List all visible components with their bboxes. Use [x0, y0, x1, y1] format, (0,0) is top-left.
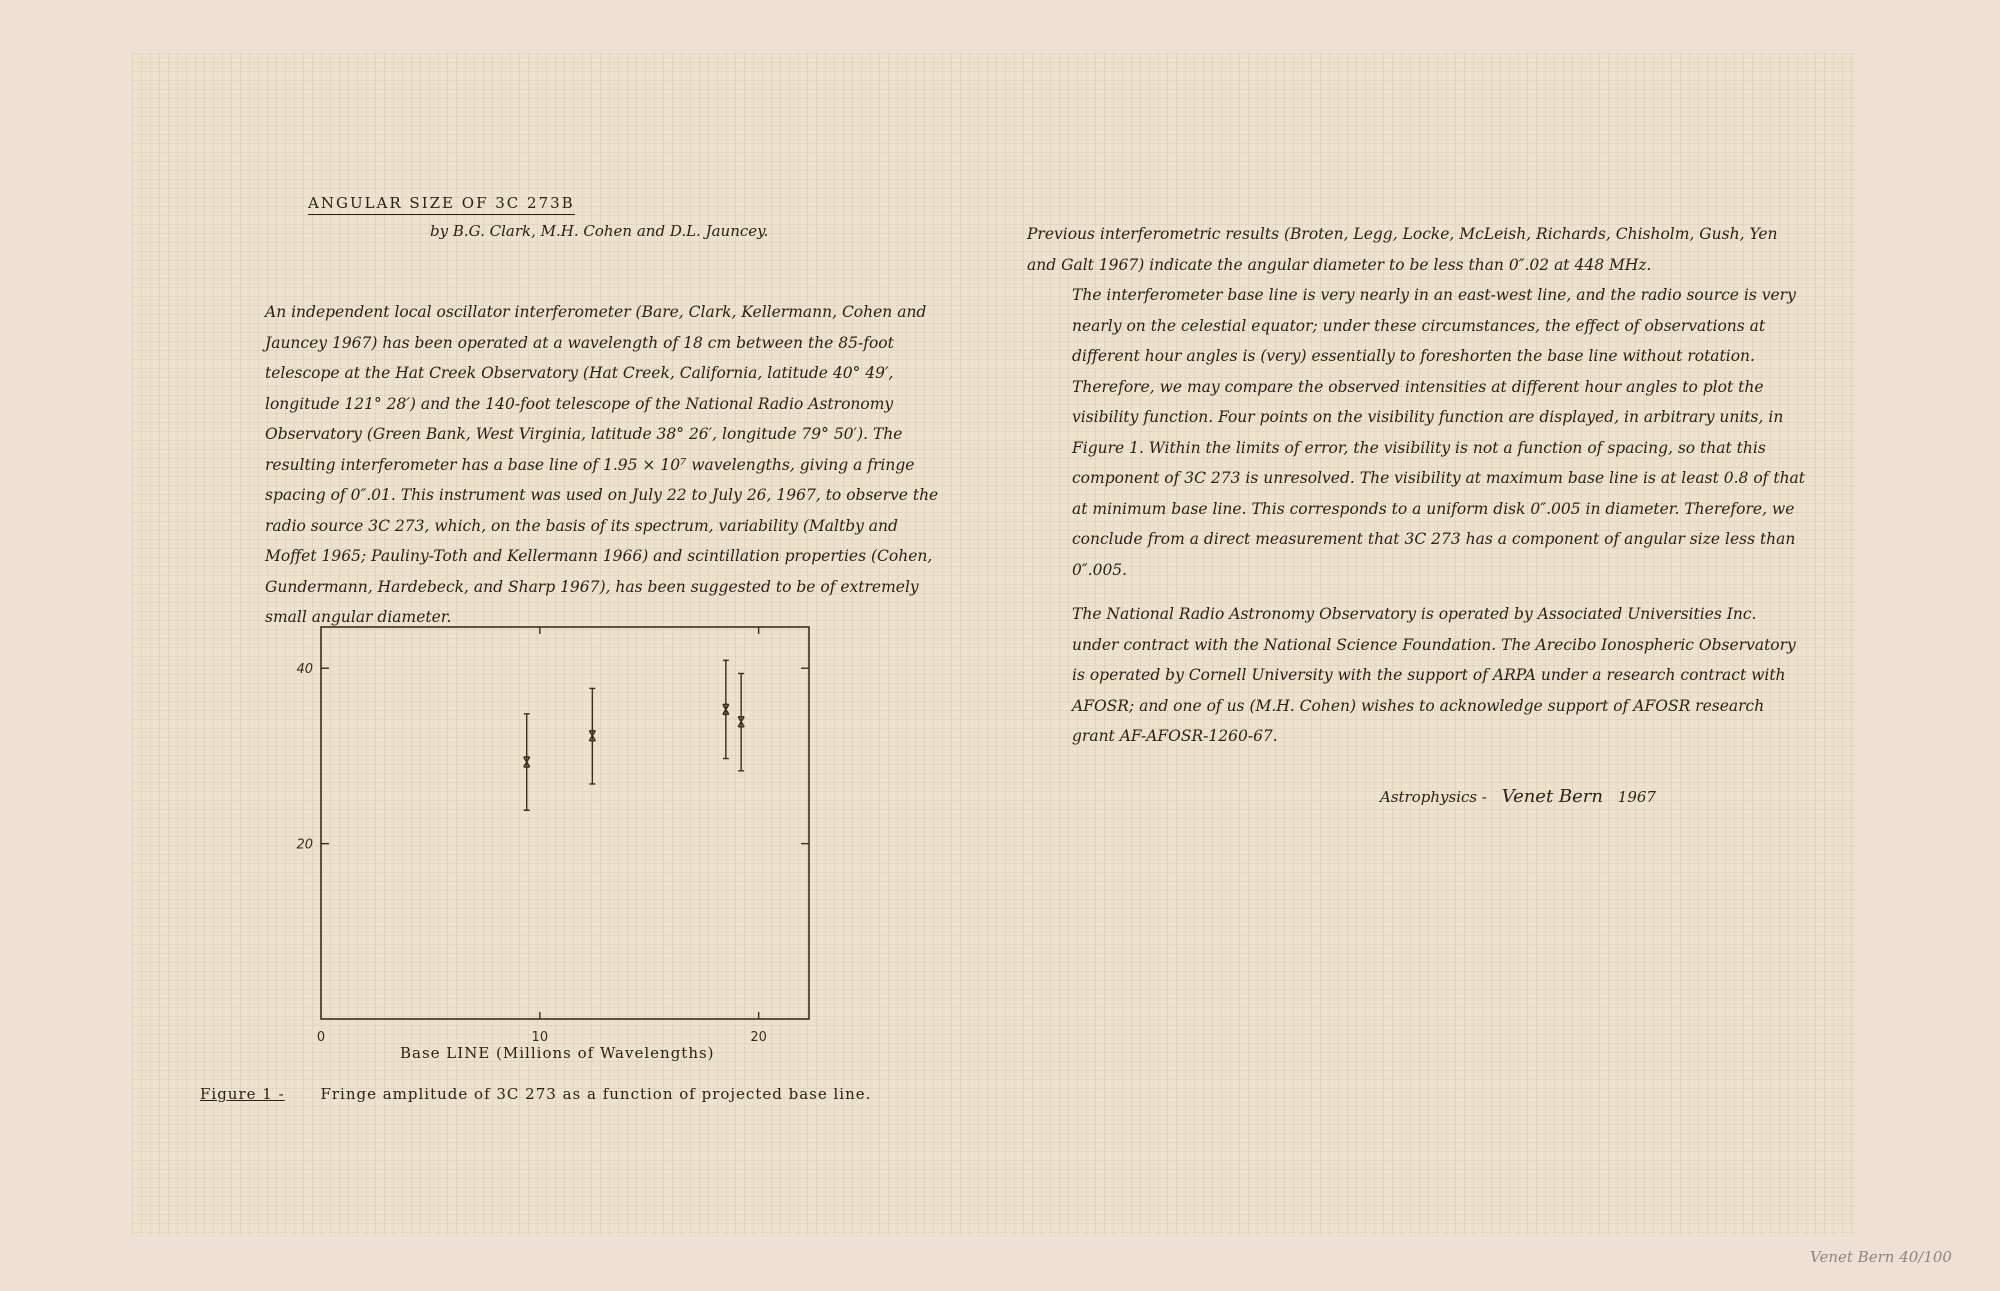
y-tick-label: 40 [296, 662, 313, 677]
x-axis-label: Base LINE (Millions of Wavelengths) [400, 1044, 715, 1062]
chart-plot: 010202040 [280, 615, 840, 1085]
paper-authors: by B.G. Clark, M.H. Cohen and D.L. Jaunc… [430, 222, 768, 240]
edition-number: 40/100 [1899, 1248, 1952, 1266]
paragraph-text: The National Radio Astronomy Observatory… [1027, 599, 1807, 752]
journal-name: Astrophysics - [1380, 788, 1487, 806]
signature-year: 1967 [1618, 788, 1656, 806]
x-tick-label: 20 [750, 1030, 767, 1045]
plot-frame [321, 627, 809, 1019]
pencil-signature: Venet Bern [1810, 1248, 1894, 1266]
figure-label: Figure 1 - [200, 1085, 285, 1103]
x-tick-label: 10 [532, 1030, 549, 1045]
figure-caption: Figure 1 - Fringe amplitude of 3C 273 as… [200, 1085, 871, 1103]
figure-caption-text: Fringe amplitude of 3C 273 as a function… [320, 1085, 871, 1103]
paper-title: ANGULAR SIZE OF 3C 273B [308, 194, 575, 215]
body-paragraph-left: An independent local oscillator interfer… [220, 297, 950, 633]
artist-signature: Venet Bern [1502, 786, 1603, 807]
figure-1-chart: 010202040 [280, 615, 840, 1085]
y-tick-label: 20 [296, 838, 313, 853]
paragraph-text: Previous interferometric results (Broten… [1027, 219, 1807, 280]
signature-line: Astrophysics - Venet Bern 1967 [1380, 786, 1656, 807]
paragraph-text: The interferometer base line is very nea… [1027, 280, 1807, 585]
body-paragraph-right-1: Previous interferometric results (Broten… [1027, 219, 1807, 585]
paragraph-text: An independent local oscillator interfer… [220, 297, 950, 633]
edition-mark: Venet Bern 40/100 [1810, 1248, 1952, 1266]
x-tick-label: 0 [317, 1030, 325, 1045]
body-paragraph-acknowledgment: The National Radio Astronomy Observatory… [1027, 599, 1807, 752]
